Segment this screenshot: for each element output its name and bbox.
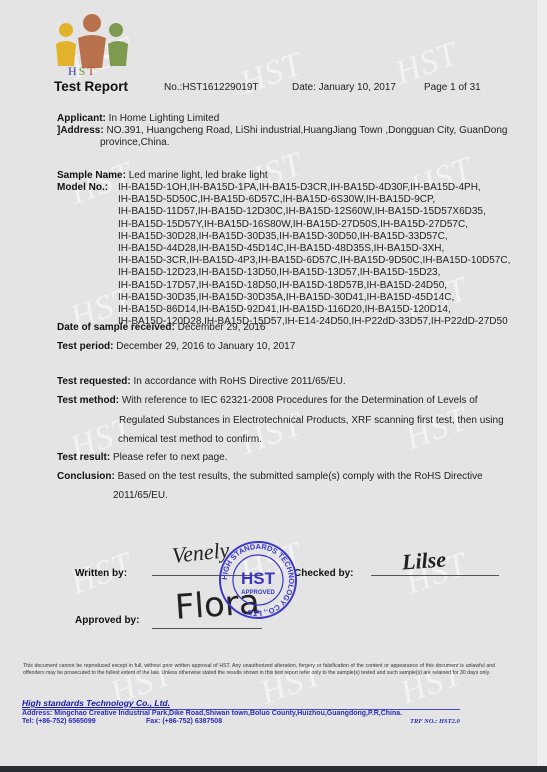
received-label: Date of sample received: xyxy=(57,322,175,333)
received-row: Date of sample received: December 29, 20… xyxy=(57,322,265,334)
period-label: Test period: xyxy=(57,341,113,352)
model-line: IH-BA15D-5D50C,IH-BA15D-6D57C,IH-BA15D-6… xyxy=(118,194,510,206)
requested-value: In accordance with RoHS Directive 2011/6… xyxy=(134,376,346,387)
period-value: December 29, 2016 to January 10, 2017 xyxy=(116,341,295,352)
approval-stamp-icon: HIGH STANDARDS TECHNOLOGY CO., LTD HST A… xyxy=(218,540,298,620)
sample-name-value: Led marine light, led brake light xyxy=(129,170,268,181)
company-name[interactable]: High standards Technology Co., Ltd. xyxy=(22,698,170,708)
conclusion-label: Conclusion: xyxy=(57,471,115,482)
model-line: IH-BA15D-12D23,IH-BA15D-13D50,IH-BA15D-1… xyxy=(118,267,510,279)
address-row: ]Address: NO.391, Huangcheng Road, LiShi… xyxy=(57,125,507,137)
report-date: Date: January 10, 2017 xyxy=(292,82,396,93)
model-line: IH-BA15D-3CR,IH-BA15D-4P3,IH-BA15D-6D57C… xyxy=(118,255,510,267)
stamp-sub-text: APPROVED xyxy=(241,590,275,596)
model-line: IH-BA15D-11D57,IH-BA15D-12D30C,IH-BA15D-… xyxy=(118,206,510,218)
model-line: IH-BA15D-30D35,IH-BA15D-30D35A,IH-BA15D-… xyxy=(118,292,510,304)
conclusion-line2: 2011/65/EU. xyxy=(113,490,168,502)
received-value: December 29, 2016 xyxy=(178,322,266,333)
address-line1: NO.391, Huangcheng Road, LiShi industria… xyxy=(106,125,507,136)
written-by-label: Written by: xyxy=(75,568,127,580)
sample-name-label: Sample Name: xyxy=(57,170,126,181)
requested-label: Test requested: xyxy=(57,376,131,387)
model-line: IH-BA15D-44D28,IH-BA15D-45D14C,IH-BA15D-… xyxy=(118,243,510,255)
model-line: IH-BA15D-30D28,IH-BA15D-30D35,IH-BA15D-3… xyxy=(118,231,510,243)
sample-name-row: Sample Name: Led marine light, led brake… xyxy=(57,170,268,182)
method-line3: chemical test method to confirm. xyxy=(118,434,262,446)
method-line2: Regulated Substances in Electrotechnical… xyxy=(119,415,504,427)
model-line: IH-BA15D-86D14,IH-BA15D-92D41,IH-BA15D-1… xyxy=(118,304,510,316)
model-label: Model No.: xyxy=(57,182,108,194)
page-indicator: Page 1 of 31 xyxy=(424,82,481,93)
applicant-value: In Home Lighting Limited xyxy=(109,113,220,124)
page-edge xyxy=(536,0,547,766)
model-line: IH-BA15D-1OH,IH-BA15D-1PA,IH-BA15-D3CR,I… xyxy=(118,182,510,194)
requested-row: Test requested: In accordance with RoHS … xyxy=(57,376,346,388)
viewer-bottom-bar xyxy=(0,766,547,772)
approved-by-line xyxy=(152,628,262,629)
method-row: Test method: With reference to IEC 62321… xyxy=(57,395,478,407)
stamp-star-icon: ★ xyxy=(255,608,261,616)
address-label: ]Address: xyxy=(57,125,104,136)
logo-letter: H xyxy=(68,64,79,78)
watermark: HST xyxy=(235,45,308,102)
period-row: Test period: December 29, 2016 to Januar… xyxy=(57,341,295,353)
applicant-row: Applicant: In Home Lighting Limited xyxy=(57,113,219,125)
applicant-label: Applicant: xyxy=(57,113,106,124)
checked-by-label: Checked by: xyxy=(294,568,353,580)
checked-by-line xyxy=(371,575,499,576)
approved-by-label: Approved by: xyxy=(75,615,139,627)
company-address: Address: Mingchao Creative Industrial Pa… xyxy=(22,710,402,717)
report-page: HST HST HST HST HST HST HST HST HST HST … xyxy=(0,0,536,766)
logo-text: HST xyxy=(68,64,97,79)
checked-by-signature: Lilse xyxy=(401,546,447,575)
report-title: Test Report xyxy=(54,79,128,94)
watermark: HST xyxy=(400,400,473,457)
report-number: No.:HST161229019T xyxy=(164,82,259,93)
trf-number: TRF NO.: HST2.0 xyxy=(410,718,460,725)
logo-letter: T xyxy=(87,64,96,78)
method-label: Test method: xyxy=(57,395,119,406)
stamp-center-text: HST xyxy=(241,569,276,588)
result-label: Test result: xyxy=(57,452,110,463)
company-tel: Tel: (+86-752) 6565099 xyxy=(22,718,96,725)
model-line: IH-BA15D-15D57Y,IH-BA15D-16S80W,IH-BA15D… xyxy=(118,219,510,231)
conclusion-row: Conclusion: Based on the test results, t… xyxy=(57,471,483,483)
model-line: IH-BA15D-17D57,IH-BA15D-18D50,IH-BA15D-1… xyxy=(118,280,510,292)
result-value: Please refer to next page. xyxy=(113,452,228,463)
address-line2: province,China. xyxy=(100,137,169,149)
model-list: IH-BA15D-1OH,IH-BA15D-1PA,IH-BA15-D3CR,I… xyxy=(118,182,510,328)
result-row: Test result: Please refer to next page. xyxy=(57,452,227,464)
conclusion-line1: Based on the test results, the submitted… xyxy=(118,471,483,482)
company-fax: Fax: (+86-752) 6387508 xyxy=(146,718,222,725)
method-line1: With reference to IEC 62321-2008 Procedu… xyxy=(122,395,478,406)
disclaimer: This document cannot be reproduced excep… xyxy=(23,663,495,677)
